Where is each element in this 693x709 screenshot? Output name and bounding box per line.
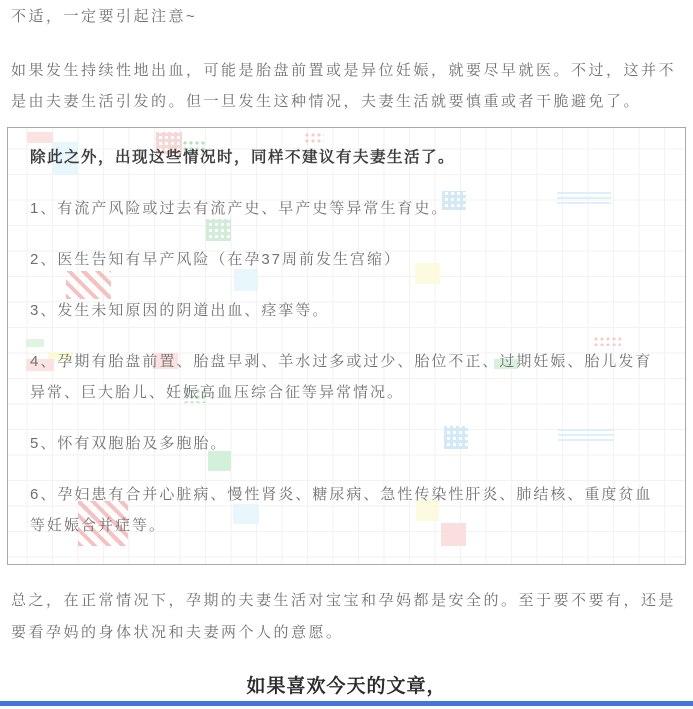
paragraph-bleeding: 如果发生持续性地出血，可能是胎盘前置或是异位妊娠，就要尽早就医。不过，这并不是由… [11, 55, 684, 117]
notice-item-1: 1、有流产风险或过去有流产史、早产史等异常生育史。 [30, 193, 663, 224]
bottom-divider-bar [0, 701, 693, 706]
notice-item-2: 2、医生告知有早产风险（在孕37周前发生宫缩） [30, 244, 663, 275]
notice-box: 除此之外，出现这些情况时，同样不建议有夫妻生活了。 1、有流产风险或过去有流产史… [7, 127, 686, 565]
decor-square-pink-dots [593, 336, 621, 346]
intro-text: 不适，一定要引起注意~ [11, 3, 682, 31]
notice-box-title: 除此之外，出现这些情况时，同样不建议有夫妻生活了。 [30, 142, 663, 173]
notice-item-3: 3、发生未知原因的阴道出血、痉挛等。 [30, 295, 663, 326]
notice-item-6: 6、孕妇患有合并心脏病、慢性肾炎、糖尿病、急性传染性肝炎、肺结核、重度贫血等妊娠… [30, 479, 663, 541]
footer-cta-text: 如果喜欢今天的文章， [11, 674, 682, 700]
article-body: 不适，一定要引起注意~ 如果发生持续性地出血，可能是胎盘前置或是异位妊娠，就要尽… [0, 3, 693, 700]
paragraph-summary: 总之，在正常情况下，孕期的夫妻生活对宝宝和孕妈都是安全的。至于要不要有，还是要看… [11, 585, 684, 649]
notice-item-5: 5、怀有双胞胎及多胞胎。 [30, 428, 663, 459]
article-page: 不适，一定要引起注意~ 如果发生持续性地出血，可能是胎盘前置或是异位妊娠，就要尽… [0, 0, 693, 709]
notice-item-4: 4、孕期有胎盘前置、胎盘早剥、羊水过多或过少、胎位不正、过期妊娠、胎儿发育异常、… [30, 346, 663, 408]
